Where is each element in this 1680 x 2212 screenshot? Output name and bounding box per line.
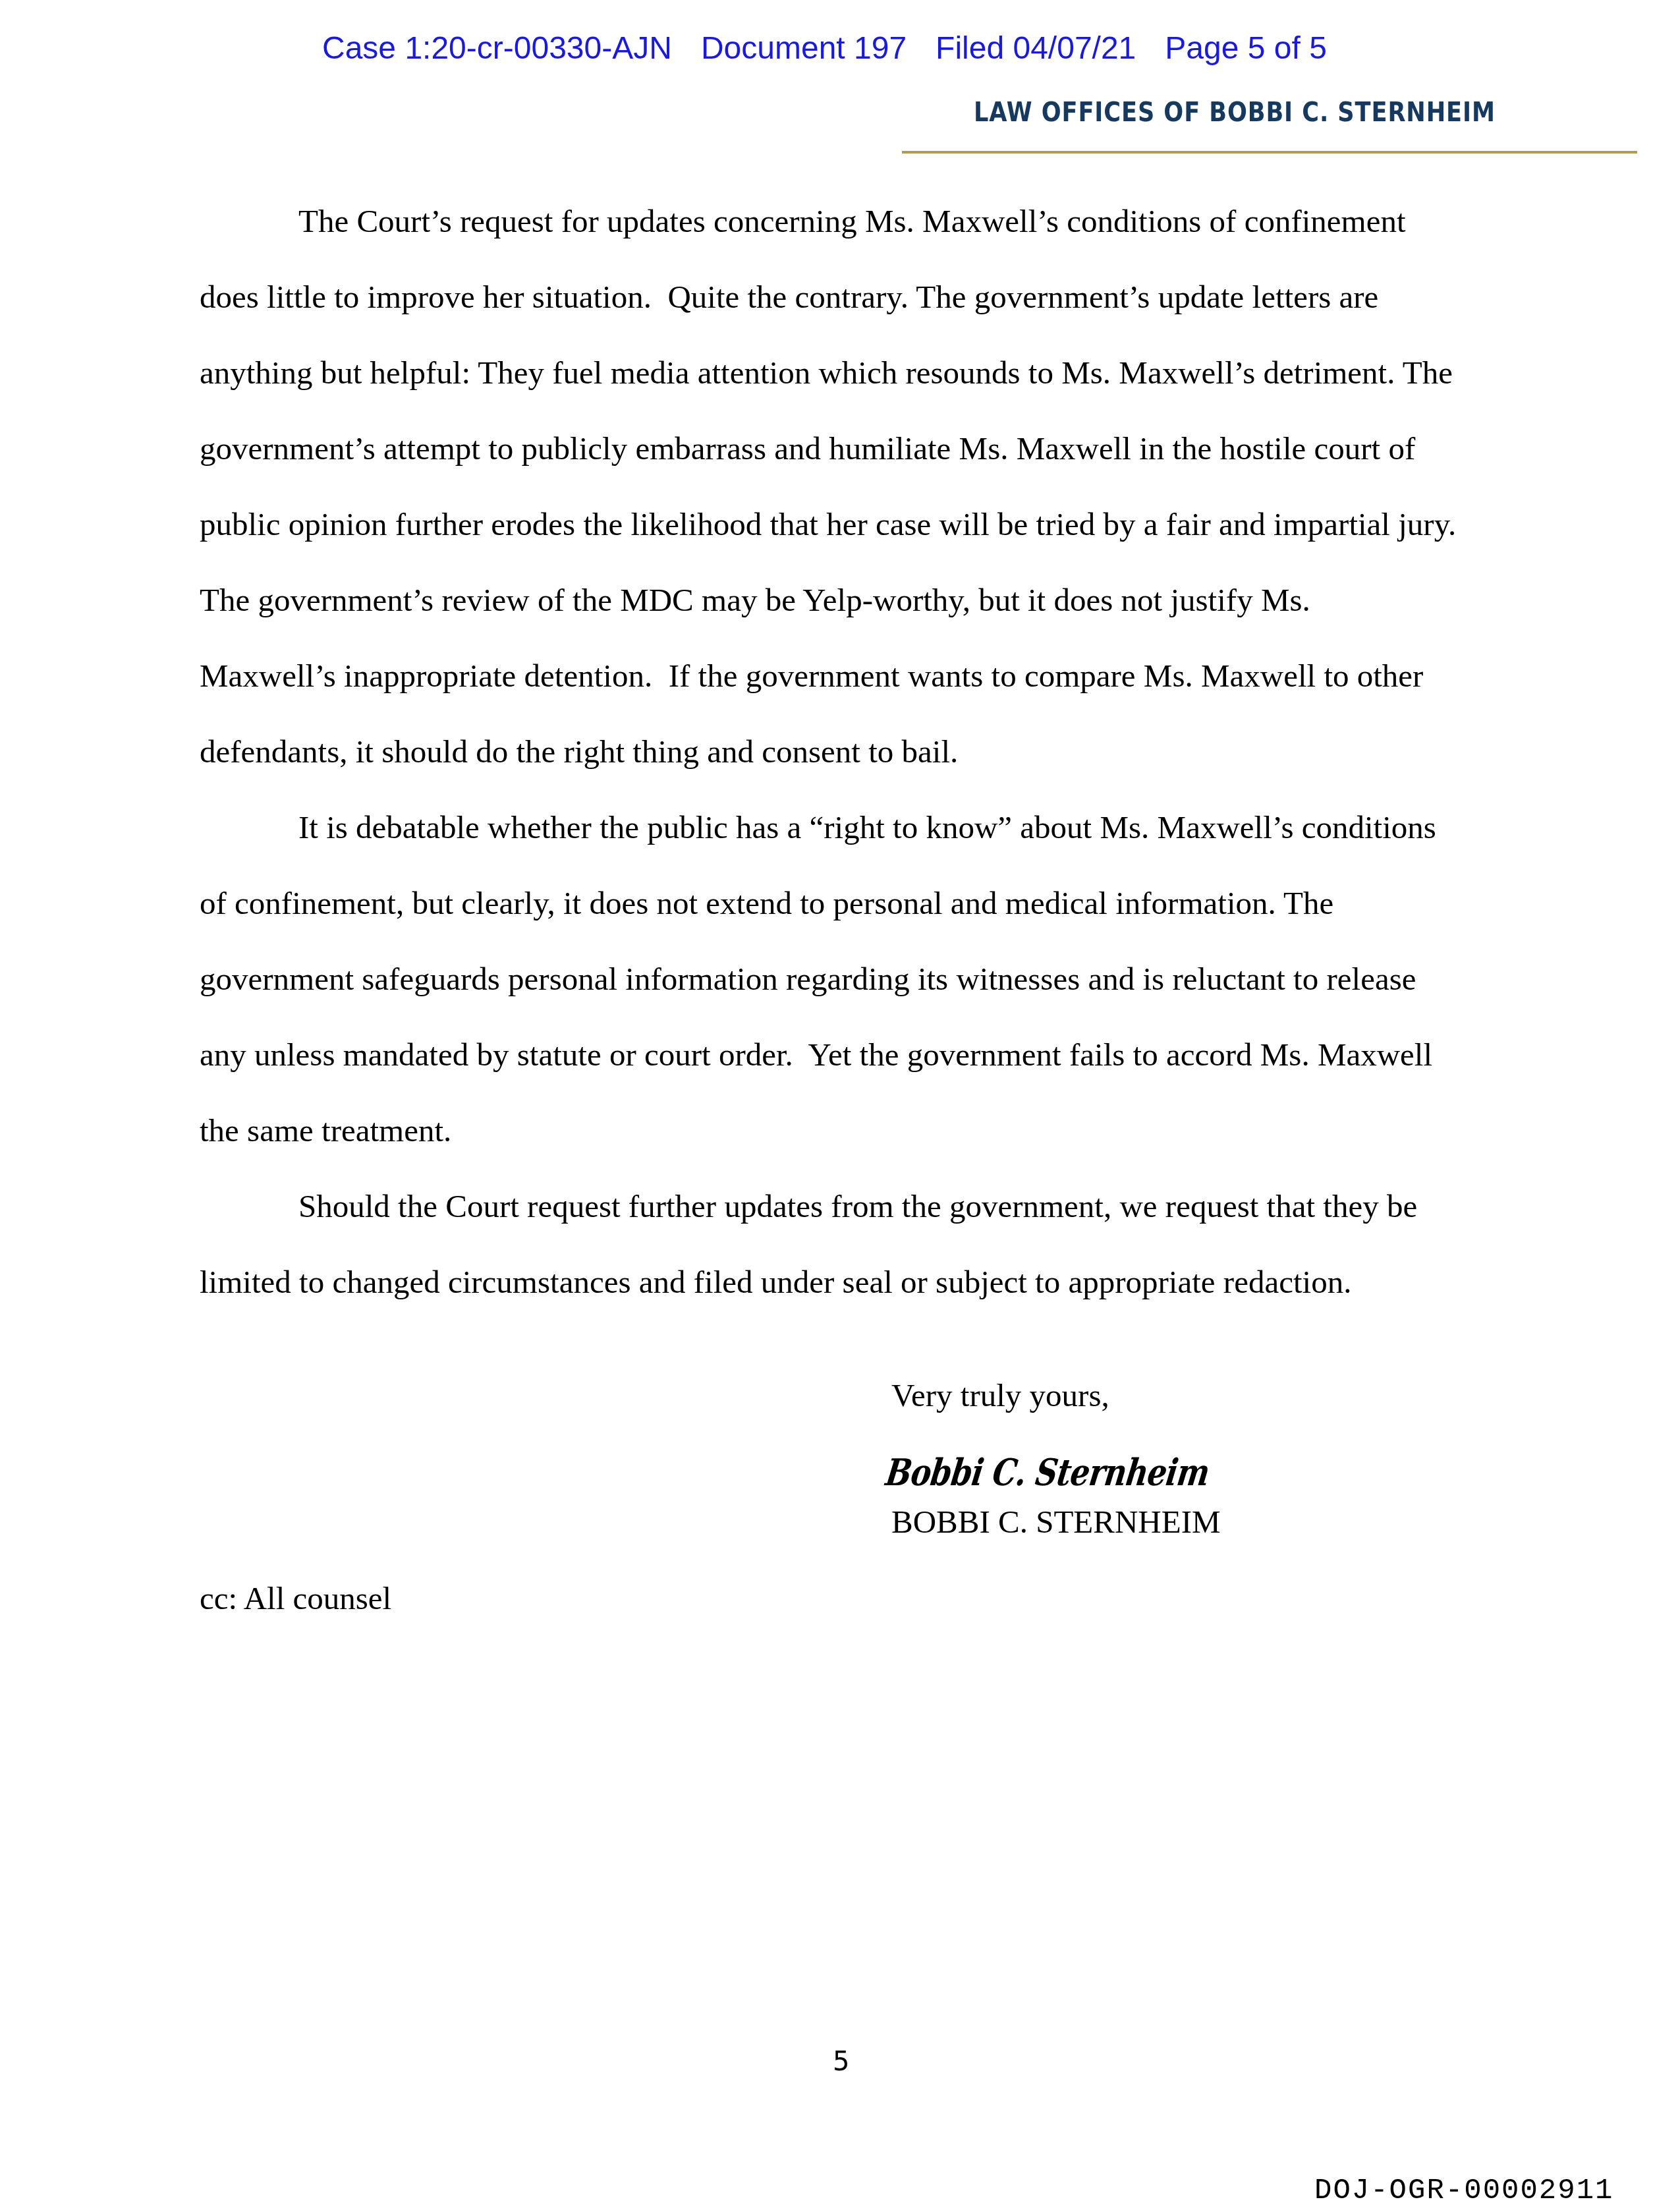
letterhead-rule — [902, 151, 1637, 154]
paragraph-3-line: Should the Court request further updates… — [298, 1187, 1417, 1226]
paragraph-2-line: of confinement, but clearly, it does not… — [200, 884, 1333, 923]
paragraph-3-line: limited to changed circumstances and fil… — [200, 1262, 1351, 1302]
handwritten-signature: Bobbi C. Sternheim — [883, 1450, 1212, 1496]
paragraph-1-line: The government’s review of the MDC may b… — [200, 581, 1310, 620]
paragraph-1-line: The Court’s request for updates concerni… — [298, 202, 1406, 241]
signer-printed-name: BOBBI C. STERNHEIM — [891, 1502, 1221, 1542]
case-number: Case 1:20-cr-00330-AJN — [322, 31, 672, 66]
paragraph-2-line: any unless mandated by statute or court … — [200, 1035, 1432, 1075]
paragraph-1-line: public opinion further erodes the likeli… — [200, 505, 1456, 544]
ecf-filing-header: Case 1:20-cr-00330-AJNDocument 197Filed … — [322, 29, 1327, 69]
cc-line: cc: All counsel — [200, 1579, 391, 1618]
paragraph-1-line: anything but helpful: They fuel media at… — [200, 353, 1453, 393]
bates-number: DOJ-OGR-00002911 — [1314, 2174, 1613, 2207]
closing-salutation: Very truly yours, — [891, 1376, 1109, 1415]
paragraph-1-line: defendants, it should do the right thing… — [200, 732, 958, 772]
paragraph-2-line: the same treatment. — [200, 1111, 451, 1150]
paragraph-2-line: It is debatable whether the public has a… — [298, 808, 1436, 847]
paragraph-2-line: government safeguards personal informati… — [200, 959, 1416, 999]
filed-date: Filed 04/07/21 — [936, 31, 1136, 66]
page-number: 5 — [833, 2045, 849, 2078]
paragraph-1-line: government’s attempt to publicly embarra… — [200, 429, 1415, 468]
document-number: Document 197 — [701, 31, 907, 66]
paragraph-1-line: does little to improve her situation. Qu… — [200, 277, 1378, 317]
letterhead-firm-name: LAW OFFICES OF BOBBI C. STERNHEIM — [974, 96, 1496, 129]
paragraph-1-line: Maxwell’s inappropriate detention. If th… — [200, 656, 1423, 696]
page-indicator: Page 5 of 5 — [1165, 31, 1327, 66]
